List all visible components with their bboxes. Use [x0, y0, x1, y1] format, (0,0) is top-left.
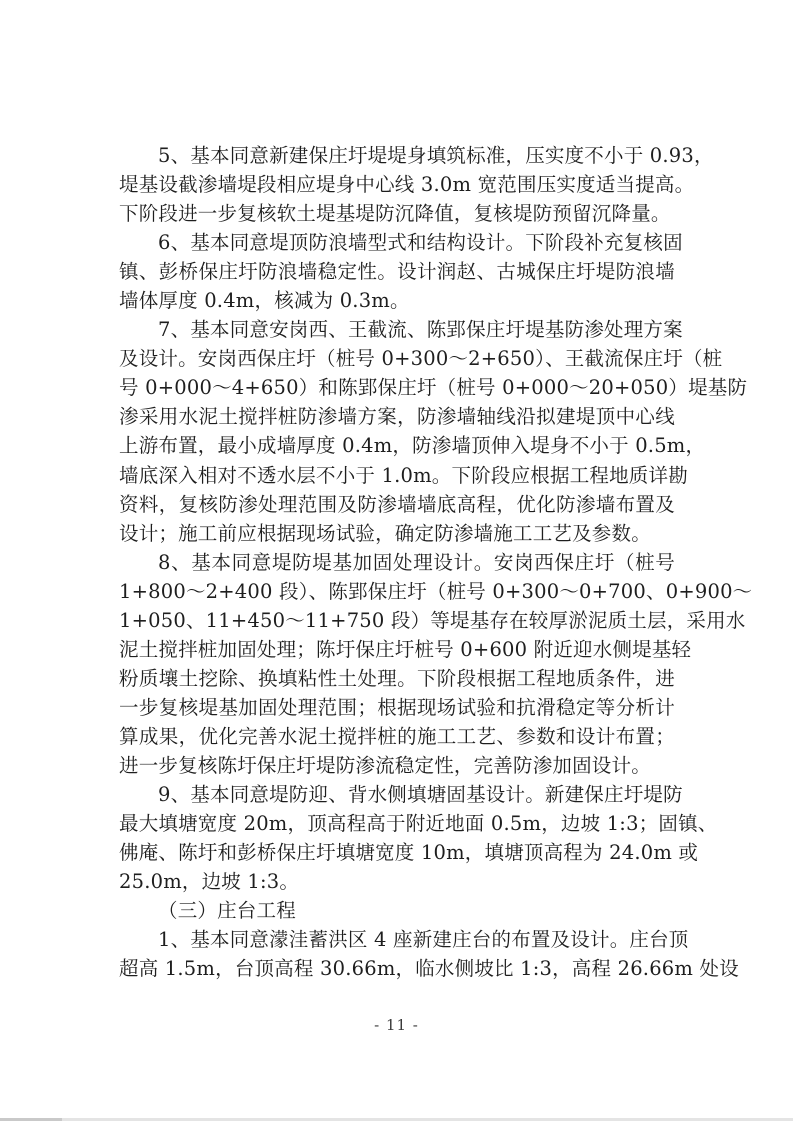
- text-line: 泥土搅拌桩加固处理；陈圩保庄圩桩号 0+600 附近迎水侧堤基轻: [119, 635, 675, 664]
- document-body: 5、基本同意新建保庄圩堤堤身填筑标准，压实度不小于 0.93，堤基设截渗墙堤段相…: [119, 141, 675, 983]
- text-line: 1、基本同意濛洼蓄洪区 4 座新建庄台的布置及设计。庄台顶: [119, 925, 675, 954]
- text-line: 7、基本同意安岗西、王截流、陈郢保庄圩堤基防渗处理方案: [119, 315, 675, 344]
- item-1: 1、基本同意濛洼蓄洪区 4 座新建庄台的布置及设计。庄台顶超高 1.5m，台顶高…: [119, 925, 675, 983]
- text-line: 1+800～2+400 段）、陈郢保庄圩（桩号 0+300～0+700、0+90…: [119, 577, 675, 606]
- item-6: 6、基本同意堤顶防浪墙型式和结构设计。下阶段补充复核固镇、彭桥保庄圩防浪墙稳定性…: [119, 228, 675, 315]
- text-line: 1+050、11+450～11+750 段）等堤基存在较厚淤泥质土层，采用水: [119, 606, 675, 635]
- text-line: 8、基本同意堤防堤基加固处理设计。安岗西保庄圩（桩号: [119, 548, 675, 577]
- text-line: 25.0m，边坡 1:3。: [119, 867, 675, 896]
- text-line: （三）庄台工程: [119, 896, 675, 925]
- text-line: 上游布置，最小成墙厚度 0.4m，防渗墙顶伸入堤身不小于 0.5m，: [119, 431, 675, 460]
- text-line: 最大填塘宽度 20m，顶高程高于附近地面 0.5m，边坡 1:3；固镇、: [119, 809, 675, 838]
- text-line: 号 0+000～4+650）和陈郢保庄圩（桩号 0+000～20+050）堤基防: [119, 373, 675, 402]
- text-line: 算成果，优化完善水泥土搅拌桩的施工工艺、参数和设计布置；: [119, 722, 675, 751]
- text-line: 超高 1.5m，台顶高程 30.66m，临水侧坡比 1:3，高程 26.66m …: [119, 954, 675, 983]
- text-line: 9、基本同意堤防迎、背水侧填塘固基设计。新建保庄圩堤防: [119, 780, 675, 809]
- text-line: 镇、彭桥保庄圩防浪墙稳定性。设计润赵、古城保庄圩堤防浪墙: [119, 257, 675, 286]
- text-line: 佛庵、陈圩和彭桥保庄圩填塘宽度 10m，填塘顶高程为 24.0m 或: [119, 838, 675, 867]
- text-line: 墙底深入相对不透水层不小于 1.0m。下阶段应根据工程地质详勘: [119, 461, 675, 490]
- text-line: 墙体厚度 0.4m，核减为 0.3m。: [119, 286, 675, 315]
- text-line: 进一步复核陈圩保庄圩堤防渗流稳定性，完善防渗加固设计。: [119, 751, 675, 780]
- text-line: 下阶段进一步复核软土堤基堤防沉降值，复核堤防预留沉降量。: [119, 199, 675, 228]
- document-page: 5、基本同意新建保庄圩堤堤身填筑标准，压实度不小于 0.93，堤基设截渗墙堤段相…: [0, 0, 793, 1121]
- item-8: 8、基本同意堤防堤基加固处理设计。安岗西保庄圩（桩号1+800～2+400 段）…: [119, 548, 675, 780]
- text-line: 6、基本同意堤顶防浪墙型式和结构设计。下阶段补充复核固: [119, 228, 675, 257]
- item-5: 5、基本同意新建保庄圩堤堤身填筑标准，压实度不小于 0.93，堤基设截渗墙堤段相…: [119, 141, 675, 228]
- item-7: 7、基本同意安岗西、王截流、陈郢保庄圩堤基防渗处理方案及设计。安岗西保庄圩（桩号…: [119, 315, 675, 547]
- section-heading-zhuangtai: （三）庄台工程: [119, 896, 675, 925]
- text-line: 及设计。安岗西保庄圩（桩号 0+300～2+650）、王截流保庄圩（桩: [119, 344, 675, 373]
- text-line: 渗采用水泥土搅拌桩防渗墙方案，防渗墙轴线沿拟建堤顶中心线: [119, 402, 675, 431]
- text-line: 堤基设截渗墙堤段相应堤身中心线 3.0m 宽范围压实度适当提高。: [119, 170, 675, 199]
- text-line: 资料，复核防渗处理范围及防渗墙墙底高程，优化防渗墙布置及: [119, 490, 675, 519]
- text-line: 粉质壤土挖除、换填粘性土处理。下阶段根据工程地质条件，进: [119, 664, 675, 693]
- text-line: 一步复核堤基加固处理范围；根据现场试验和抗滑稳定等分析计: [119, 693, 675, 722]
- text-line: 设计；施工前应根据现场试验，确定防渗墙施工工艺及参数。: [119, 519, 675, 548]
- page-number: - 11 -: [0, 1016, 793, 1034]
- text-line: 5、基本同意新建保庄圩堤堤身填筑标准，压实度不小于 0.93，: [119, 141, 675, 170]
- item-9: 9、基本同意堤防迎、背水侧填塘固基设计。新建保庄圩堤防最大填塘宽度 20m，顶高…: [119, 780, 675, 896]
